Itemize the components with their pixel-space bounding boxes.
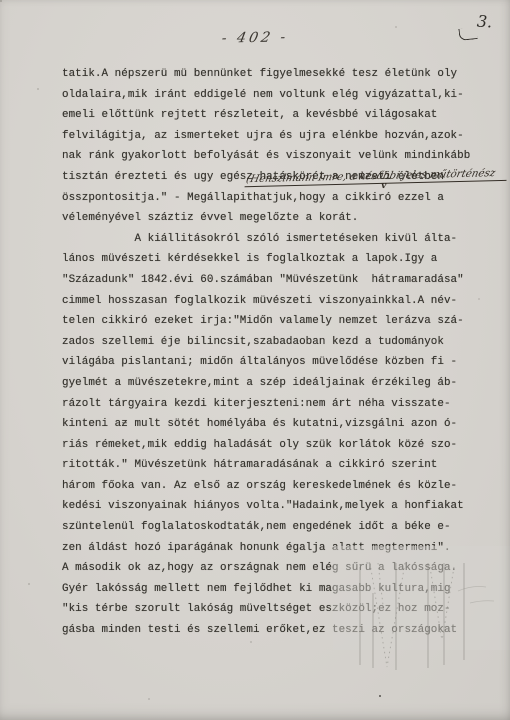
text-line: szüntelenül foglalatoskodtaták,nem enged… (62, 517, 482, 538)
text-line: felvilágitja, az ismerteket ujra és ujra… (62, 126, 482, 147)
text-line: kedési viszonyainak hiányos volta."Hadai… (62, 496, 482, 517)
text-line: lános müvészeti kérdésekkel is foglalkoz… (62, 249, 482, 270)
text-line: gyelmét a müvészetekre,mint a szép ideál… (62, 373, 482, 394)
text-line: "kis térbe szorult lakóság müveltséget e… (62, 599, 482, 620)
text-line: cimmel hosszasan foglalkozik müvészeti v… (62, 291, 482, 312)
text-line: kinteni aƶ mult sötét homélyába és kutat… (62, 414, 482, 435)
text-line: véleményével száztiz évvel megelőzte a k… (62, 208, 482, 229)
text-line: emeli előttünk rejtett részleteit, a kev… (62, 105, 482, 126)
corner-bracket-mark (458, 27, 477, 41)
corner-page-mark: 3. (476, 11, 493, 31)
text-line: telen cikkiró ezeket irja:"Midőn valamel… (62, 311, 482, 332)
text-line: gásba minden testi és szellemi erőket,ez… (62, 620, 482, 641)
text-line: A kiállitásokról szóló ismertetéseken ki… (62, 229, 482, 250)
page-number-handwritten: - 402 - (198, 29, 312, 47)
text-line: nak ránk gyakorlott befolyását és viszon… (62, 146, 482, 167)
text-line: Gyér lakósság mellett nem fejlődhet ki m… (62, 579, 482, 600)
text-line: összpontositja." - Megállapithatjuk,hogy… (62, 188, 482, 209)
text-line: A második ok az,hogy az országnak nem el… (62, 558, 482, 579)
text-line: "Századunk" 1842.évi 60.számában "Müvész… (62, 270, 482, 291)
text-line: tatik.A népszerü mü bennünket figyelmese… (62, 64, 482, 85)
text-line: zados szellemi éje bilincsit,szabadaoban… (62, 332, 482, 353)
ink-dot (379, 695, 381, 697)
text-line: világába pislantani; midőn általányos mü… (62, 352, 482, 373)
scan-noise-specks (0, 0, 2, 2)
text-line: három főoka van. Az első az ország keres… (62, 476, 482, 497)
text-line: rázolt tárgyaira kezdi kiterjeszteni:nem… (62, 394, 482, 415)
text-line: riás rémeket,mik eddig haladását oly szü… (62, 435, 482, 456)
text-line: oldalaira,mik iránt eddigelé nem voltunk… (62, 85, 482, 106)
text-line: zen áldást hozó iparágának honunk égalja… (62, 538, 482, 559)
typewritten-text: tatik.A népszerü mü bennünket figyelmese… (62, 64, 482, 641)
text-line: ritották." Müvészetünk hátramaradásának … (62, 455, 482, 476)
scanned-page: - 402 - 3. tatik.A népszerü mü bennünket… (0, 0, 510, 720)
